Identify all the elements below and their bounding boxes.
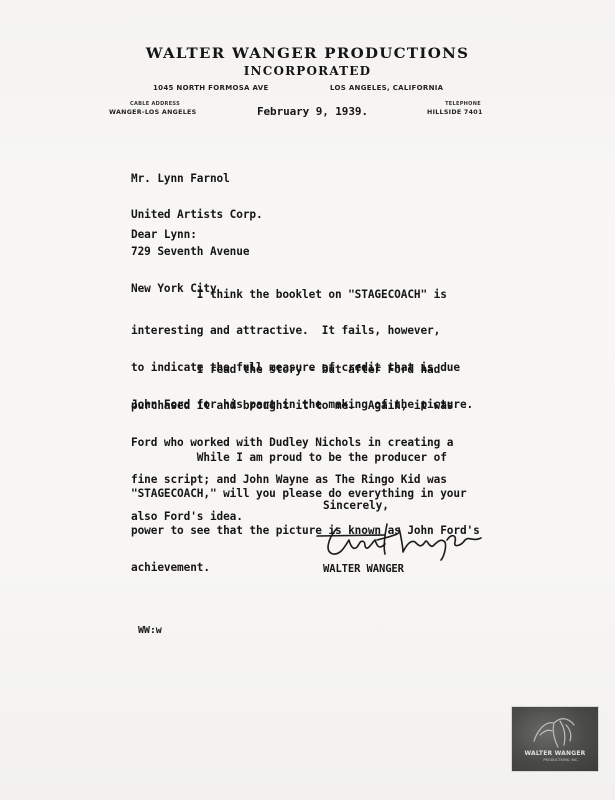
letterhead-telephone: HILLSIDE 7401: [427, 109, 483, 116]
paragraph-line: I think the booklet on "STAGECOACH" is: [131, 289, 473, 301]
paragraph-line: I read the story - but after Ford had: [131, 364, 453, 376]
letterhead-cable-label: CABLE ADDRESS: [110, 101, 200, 107]
letterhead-telephone-label: TELEPHONE: [433, 101, 493, 107]
typist-initials: WW:w: [138, 625, 162, 637]
letterhead-company-name: WALTER WANGER PRODUCTIONS: [0, 44, 615, 61]
closing: Sincerely,: [323, 500, 389, 512]
eagle-logo-icon: [530, 711, 578, 751]
paragraph-line: achievement.: [131, 562, 480, 574]
handwritten-signature-icon: [315, 518, 485, 563]
paragraph-line: "STAGECOACH," will you please do everyth…: [131, 488, 480, 500]
paragraph-line: purchased it and brought it to me. Again…: [131, 400, 453, 412]
body-paragraph-3: While I am proud to be the producer of "…: [131, 427, 480, 599]
letterhead-street-address: 1045 NORTH FORMOSA AVE: [153, 84, 269, 92]
letterhead-city: LOS ANGELES, CALIFORNIA: [330, 84, 443, 92]
letter-date: February 9, 1939.: [257, 106, 368, 118]
paragraph-line: interesting and attractive. It fails, ho…: [131, 325, 473, 337]
salutation: Dear Lynn:: [131, 229, 197, 241]
stamp-subtext: PRODUCTIONS, INC.: [526, 758, 596, 762]
signer-name: WALTER WANGER: [323, 563, 404, 575]
letterhead-cable-address: WANGER-LOS ANGELES: [109, 109, 196, 116]
recipient-line: 729 Seventh Avenue: [131, 246, 263, 258]
recipient-line: Mr. Lynn Farnol: [131, 173, 263, 185]
stamp-text: WALTER WANGER: [512, 750, 598, 757]
paragraph-line: While I am proud to be the producer of: [131, 452, 480, 464]
letterhead-incorporated: INCORPORATED: [0, 64, 615, 78]
letter-page: WALTER WANGER PRODUCTIONS INCORPORATED 1…: [0, 0, 615, 800]
recipient-line: United Artists Corp.: [131, 209, 263, 221]
company-stamp: WALTER WANGER PRODUCTIONS, INC.: [512, 707, 598, 771]
